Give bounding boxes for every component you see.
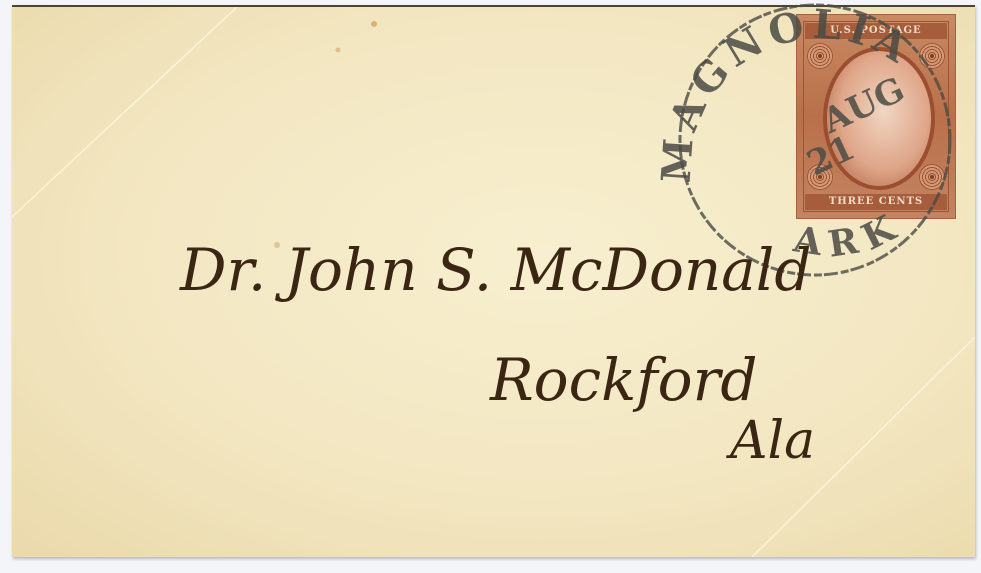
stamp-rosette-icon — [807, 164, 833, 190]
stamp-bottom-label: THREE CENTS — [805, 194, 947, 210]
envelope: U.S. POSTAGE THREE CENTS — [12, 5, 975, 557]
stamp-top-label: U.S. POSTAGE — [805, 23, 947, 39]
stamp-rosette-icon — [807, 43, 833, 69]
postage-stamp: U.S. POSTAGE THREE CENTS — [796, 14, 956, 219]
stamp-rosette-icon — [919, 43, 945, 69]
stamp-portrait — [823, 47, 935, 190]
stamp-rosette-icon — [919, 164, 945, 190]
